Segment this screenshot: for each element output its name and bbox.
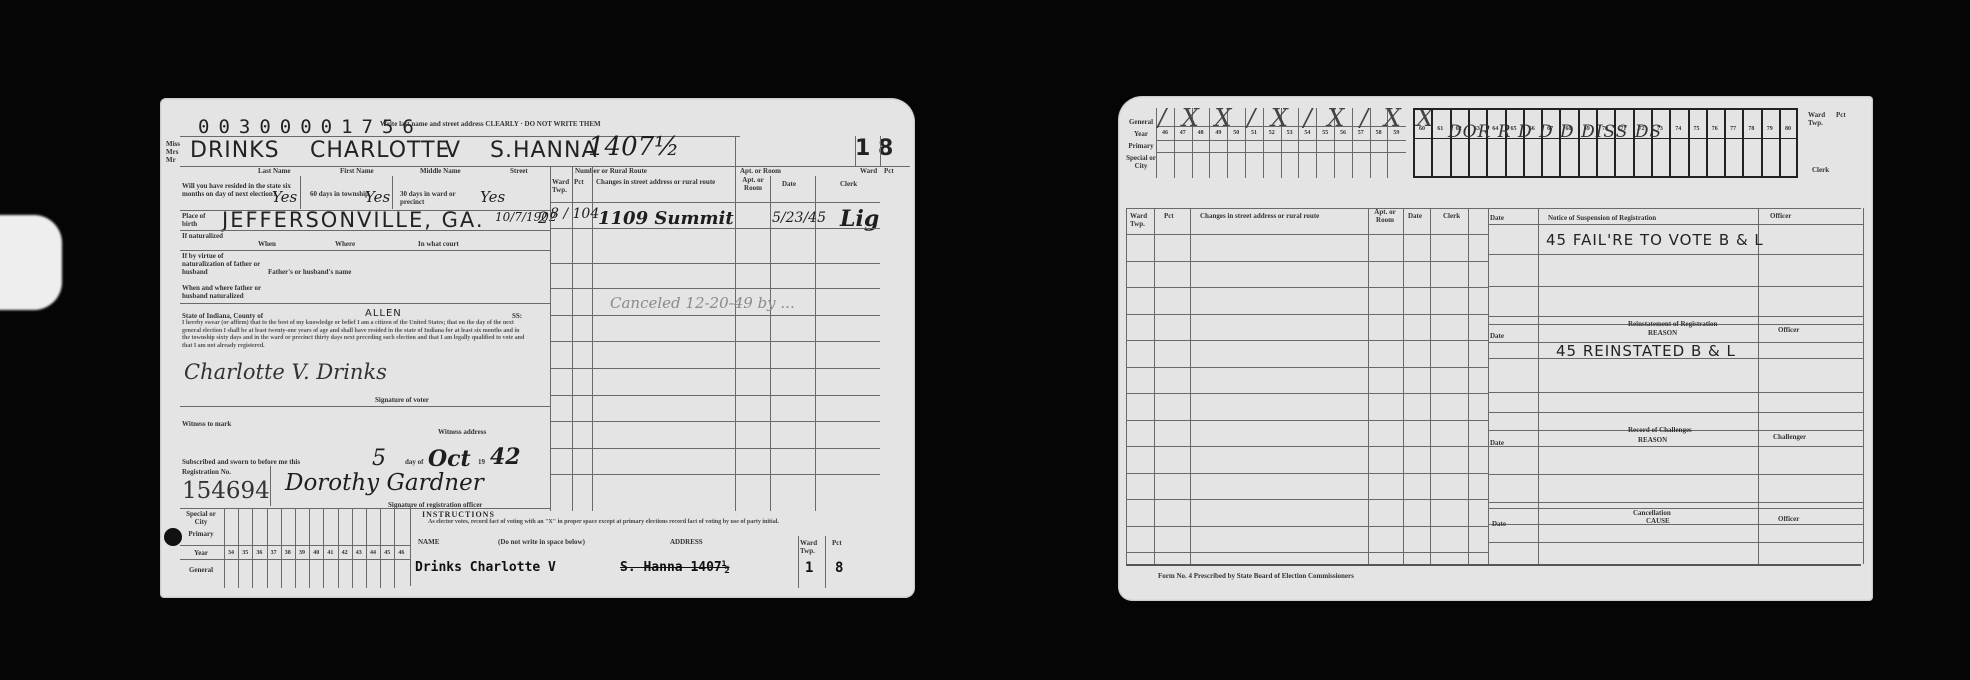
grid-year-cell: 42	[338, 550, 352, 556]
pct-label: Pct	[884, 167, 894, 175]
index-do-not-write-label: (Do not write in space below)	[498, 538, 585, 546]
back-changes-date: Date	[1408, 212, 1422, 220]
cancellation-title: Cancellation	[1633, 509, 1671, 517]
index-address-label: ADDRESS	[670, 538, 703, 546]
back-year-cell: 60	[1415, 126, 1429, 132]
sworn-year: 42	[490, 444, 521, 470]
index-ward-label: Ward Twp.	[800, 539, 822, 555]
sworn-month: Oct	[428, 446, 471, 472]
sworn-day: 5	[372, 446, 386, 471]
naturalized-label: If naturalized	[182, 232, 223, 240]
grid-label-primary: Primary	[180, 530, 222, 538]
street-number: 1407½	[588, 132, 679, 162]
back-label-general: General	[1126, 118, 1156, 126]
back-year-cell: 78	[1744, 126, 1758, 132]
scanner-tab-edge	[0, 215, 62, 310]
when-label: When	[258, 240, 276, 248]
registration-card-back: General Year Primary Special or City 464…	[1118, 96, 1873, 601]
challenges-title: Record of Challenges	[1628, 426, 1692, 434]
back-year-cell: 74	[1671, 126, 1685, 132]
index-address: S. Hanna 1407½	[620, 560, 730, 575]
grid-label-special: Special or City	[180, 510, 222, 526]
back-year-cell: 80	[1781, 126, 1795, 132]
change-address: 1109 Summit	[598, 208, 734, 229]
resided-answer: Yes	[272, 188, 297, 206]
primary-party-marks: DOR R D D D DISS DS	[1448, 122, 1662, 142]
back-year-cell: 75	[1690, 126, 1704, 132]
officer-signature: Dorothy Gardner	[285, 470, 484, 496]
changes-apt-label: Apt. or Room	[740, 176, 766, 192]
back-clerk-label: Clerk	[1812, 166, 1829, 174]
general-vote-marks: / X X / X / X / X X	[1158, 104, 1438, 132]
subscribed-label: Subscribed and sworn to before me this	[182, 458, 300, 466]
grid-year-cell: 45	[380, 550, 394, 556]
father-naturalized-label: When and where father or husband natural…	[182, 284, 282, 300]
grid-year-cell: 38	[281, 550, 295, 556]
birth-label: Place of birth	[182, 212, 222, 228]
number-label: Number or Rural Route	[575, 167, 647, 175]
street: S.HANNA	[490, 138, 598, 163]
ward-days-label: 30 days in ward or precinct	[400, 190, 470, 206]
grid-year-cell: 43	[352, 550, 366, 556]
grid-year-cell: 41	[323, 550, 337, 556]
voter-signature: Charlotte V. Drinks	[184, 360, 387, 384]
back-changes-clerk: Clerk	[1443, 212, 1460, 220]
first-name: CHARLOTTE	[310, 138, 450, 163]
witness-mark-label: Witness to mark	[182, 420, 231, 428]
grid-year-cell: 40	[309, 550, 323, 556]
township-label: 60 days in township	[310, 190, 370, 198]
back-changes-address: Changes in street address or rural route	[1200, 212, 1319, 220]
reinstatement-entry: 45 REINSTATED B & L	[1556, 342, 1736, 360]
challenges-date-label: Date	[1490, 439, 1504, 447]
registration-card-front: 00300001756 Write last name and street a…	[160, 98, 915, 598]
grid-year-cell: 44	[366, 550, 380, 556]
index-pct-label: Pct	[832, 539, 842, 547]
changes-address-label: Changes in street address or rural route	[596, 178, 715, 186]
grid-label-general: General	[180, 566, 222, 574]
voter-signature-label: Signature of voter	[375, 396, 429, 404]
suspension-title: Notice of Suspension of Registration	[1548, 214, 1656, 222]
suspension-entry: 45 FAIL'RE TO VOTE B & L	[1546, 231, 1764, 249]
back-label-special: Special or City	[1126, 154, 1156, 170]
apt-label: Apt. or Room	[740, 167, 781, 175]
registration-no-label: Registration No.	[182, 468, 231, 476]
faint-cancel-note: Canceled 12-20-49 by ...	[610, 294, 880, 312]
change-date: 5/23/45	[772, 210, 826, 226]
back-label-primary: Primary	[1126, 142, 1156, 150]
last-name-label: Last Name	[258, 167, 290, 175]
where-label: Where	[335, 240, 355, 248]
last-name: DRINKS	[190, 138, 280, 163]
change-ward: 2	[538, 208, 548, 227]
first-name-label: First Name	[340, 167, 374, 175]
suspension-officer-label: Officer	[1770, 212, 1791, 220]
registration-number: 154694	[182, 478, 270, 504]
grid-year-cell: 46	[394, 550, 408, 556]
back-year-cell: 61	[1433, 126, 1447, 132]
virtue-label: If by virtue of naturalization of father…	[182, 252, 262, 276]
oath-ss-label: SS:	[512, 312, 522, 320]
grid-year-cell: 35	[238, 550, 252, 556]
fathers-name-label: Father's or husband's name	[268, 268, 351, 276]
back-changes-pct: Pct	[1164, 212, 1174, 220]
place-of-birth: JEFFERSONVILLE, GA.	[222, 208, 485, 232]
year-prefix-label: 19	[478, 458, 485, 466]
back-year-cell: 76	[1708, 126, 1722, 132]
ward-pct-marks: 1 8	[855, 136, 893, 161]
grid-year-cell: 36	[252, 550, 266, 556]
back-year-cell: 79	[1763, 126, 1777, 132]
grid-year-cell: 39	[295, 550, 309, 556]
grid-year-cell: 37	[267, 550, 281, 556]
header-instruction: Write last name and street address CLEAR…	[380, 120, 601, 128]
county: ALLEN	[365, 308, 402, 319]
back-pct-label: Pct	[1836, 111, 1846, 119]
middle-name: V	[445, 138, 460, 163]
witness-address-label: Witness address	[438, 428, 486, 436]
changes-date-label: Date	[782, 180, 796, 188]
oath-state-label: State of Indiana, County of	[182, 312, 263, 320]
back-label-year: Year	[1126, 130, 1156, 138]
back-ward-label: Ward Twp.	[1808, 111, 1830, 127]
index-ward: 1	[805, 560, 813, 576]
street-label: Street	[510, 167, 528, 175]
back-year-cell: 77	[1726, 126, 1740, 132]
changes-pct-label: Pct	[574, 178, 584, 186]
change-pct: 8 / 104	[550, 206, 599, 223]
index-name: Drinks Charlotte V	[415, 560, 556, 575]
back-changes-ward: Ward Twp.	[1130, 212, 1152, 228]
changes-clerk-label: Clerk	[840, 180, 857, 188]
reinstatement-officer-label: Officer	[1778, 326, 1799, 334]
grid-year-cell: 34	[224, 550, 238, 556]
challenges-challenger-label: Challenger	[1773, 433, 1806, 441]
ward-answer: Yes	[480, 188, 505, 206]
back-changes-apt: Apt. or Room	[1370, 208, 1400, 224]
reinstatement-reason-label: REASON	[1648, 329, 1677, 337]
suspension-date-label: Date	[1490, 214, 1504, 222]
ward-label: Ward	[860, 167, 877, 175]
court-label: In what court	[418, 240, 459, 248]
cancellation-officer-label: Officer	[1778, 515, 1799, 523]
form-footer: Form No. 4 Prescribed by State Board of …	[1158, 572, 1354, 580]
index-pct: 8	[835, 560, 843, 576]
back-voting-grid-right	[1413, 108, 1798, 178]
changes-ward-label: Ward Twp.	[552, 178, 572, 194]
middle-name-label: Middle Name	[420, 167, 461, 175]
reinstatement-date-label: Date	[1490, 332, 1504, 340]
instructions-text: As elector votes, record fact of voting …	[428, 519, 868, 526]
cancellation-cause-label: CAUSE	[1646, 517, 1670, 525]
reinstatement-title: Reinstatement of Registration	[1628, 320, 1717, 328]
township-answer: Yes	[365, 188, 390, 206]
title-prefix: MissMrsMr	[166, 140, 180, 164]
instructions-title: INSTRUCTIONS	[422, 510, 495, 519]
index-name-label: NAME	[418, 538, 439, 546]
day-of-label: day of	[405, 458, 423, 466]
oath-text: I hereby swear (or affirm) that to the b…	[182, 320, 527, 350]
challenges-reason-label: REASON	[1638, 436, 1667, 444]
cancellation-date-label: Date	[1492, 520, 1506, 528]
grid-label-year: Year	[180, 549, 222, 557]
